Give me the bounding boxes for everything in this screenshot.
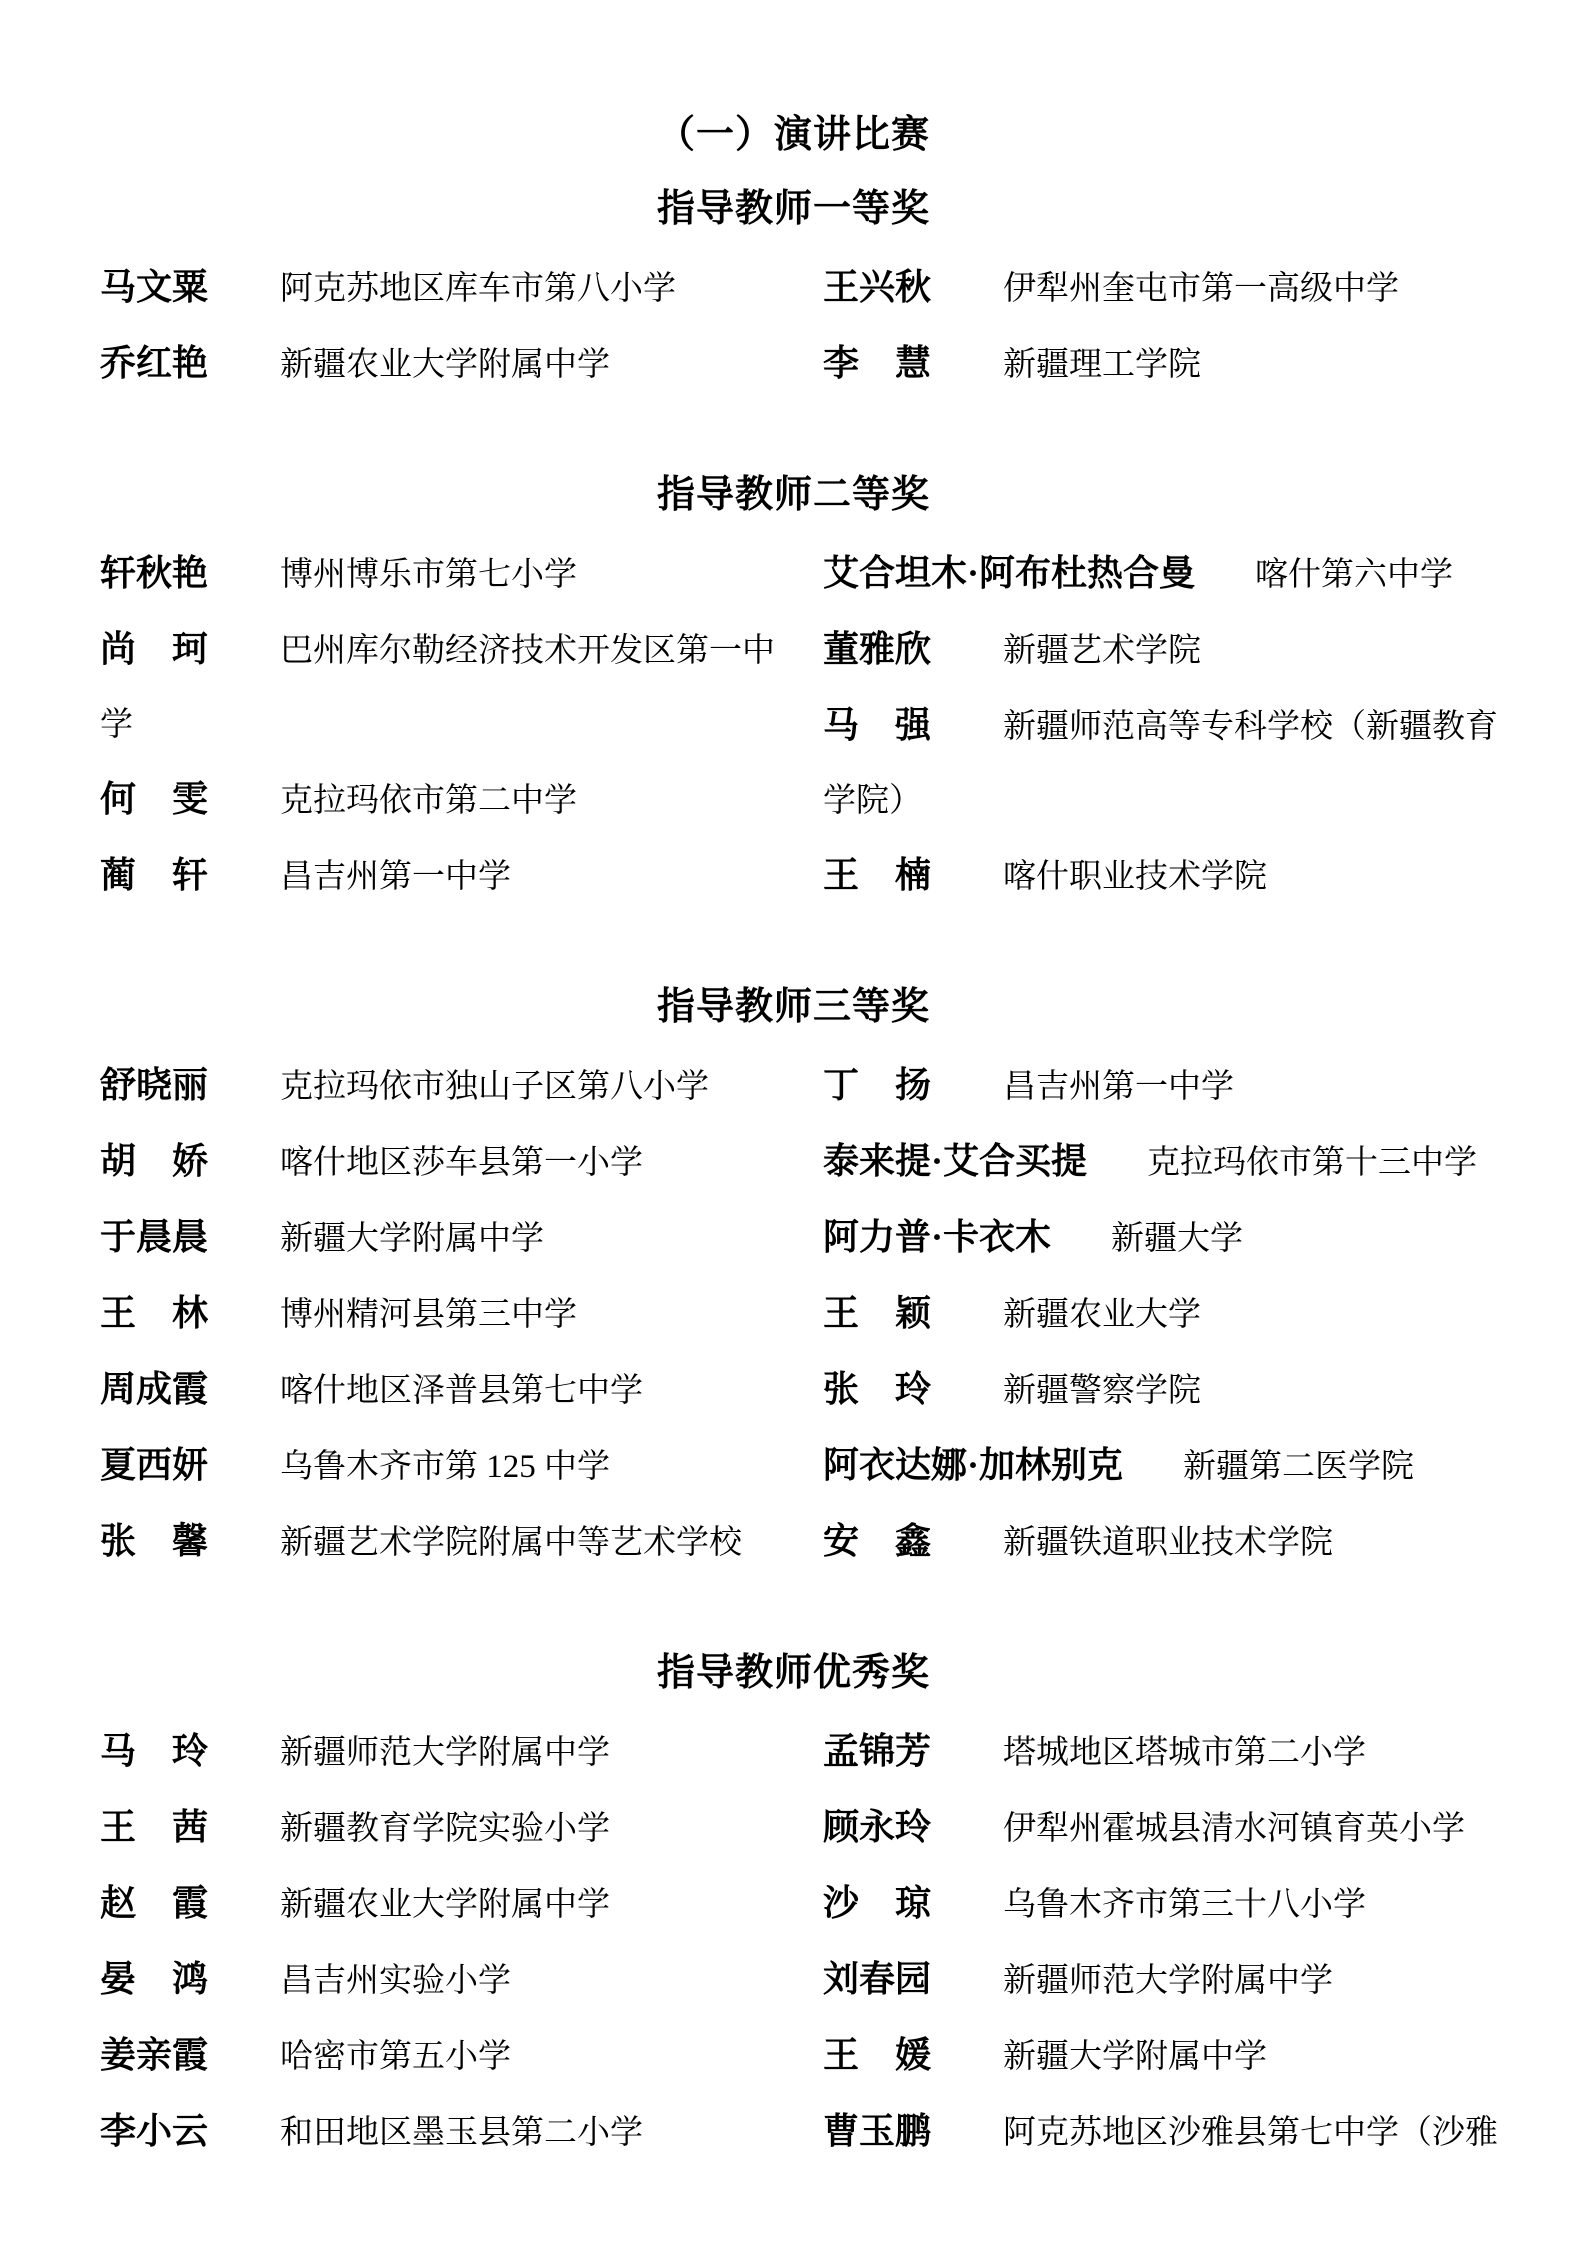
entry-row: 丁 扬昌吉州第一中学 bbox=[823, 1048, 1513, 1124]
entry-row: 舒晓丽克拉玛依市独山子区第八小学 bbox=[100, 1048, 790, 1124]
school-name: 昌吉州实验小学 bbox=[280, 1963, 511, 1999]
recipient-name: 张 馨 bbox=[100, 1504, 280, 1578]
page-title: （一）演讲比赛 bbox=[0, 98, 1587, 172]
recipient-name: 胡 娇 bbox=[100, 1124, 280, 1198]
entry-row: 王兴秋伊犁州奎屯市第一高级中学 bbox=[823, 250, 1513, 326]
school-name: 新疆农业大学附属中学 bbox=[280, 1887, 610, 1923]
entry-row: 艾合坦木·阿布杜热合曼喀什第六中学 bbox=[823, 536, 1513, 612]
recipient-name: 王 林 bbox=[100, 1276, 280, 1350]
recipient-name: 蔺 轩 bbox=[100, 838, 280, 912]
school-name: 阿克苏地区沙雅县第七中学（沙雅 bbox=[1003, 2115, 1498, 2151]
school-name: 喀什第六中学 bbox=[1255, 557, 1453, 593]
entry-row: 泰来提·艾合买提克拉玛依市第十三中学 bbox=[823, 1124, 1513, 1200]
entry-row: 马文粟阿克苏地区库车市第八小学 bbox=[100, 250, 790, 326]
recipient-name: 尚 珂 bbox=[100, 612, 280, 686]
school-name: 喀什地区泽普县第七中学 bbox=[280, 1373, 643, 1409]
school-name: 新疆大学附属中学 bbox=[1003, 2039, 1267, 2075]
recipient-name: 沙 琼 bbox=[823, 1866, 1003, 1940]
section-heading: 指导教师一等奖 bbox=[0, 172, 1587, 246]
recipient-name: 周成霞 bbox=[100, 1352, 280, 1426]
column-right: 孟锦芳塔城地区塔城市第二小学顾永玲伊犁州霍城县清水河镇育英小学沙 琼乌鲁木齐市第… bbox=[823, 1714, 1513, 2170]
entry-row: 阿力普·卡衣木新疆大学 bbox=[823, 1200, 1513, 1276]
entry-row: 胡 娇喀什地区莎车县第一小学 bbox=[100, 1124, 790, 1200]
entry-row: 周成霞喀什地区泽普县第七中学 bbox=[100, 1352, 790, 1428]
section-columns: 轩秋艳博州博乐市第七小学尚 珂巴州库尔勒经济技术开发区第一中学何 雯克拉玛依市第… bbox=[0, 536, 1587, 914]
school-name: 和田地区墨玉县第二小学 bbox=[280, 2115, 643, 2151]
entry-row: 孟锦芳塔城地区塔城市第二小学 bbox=[823, 1714, 1513, 1790]
entry-row: 张 馨新疆艺术学院附属中等艺术学校 bbox=[100, 1504, 790, 1580]
recipient-name: 马文粟 bbox=[100, 250, 280, 324]
recipient-name: 马 玲 bbox=[100, 1714, 280, 1788]
entry-row: 于晨晨新疆大学附属中学 bbox=[100, 1200, 790, 1276]
recipient-name: 夏西妍 bbox=[100, 1428, 280, 1502]
school-name: 昌吉州第一中学 bbox=[1003, 1069, 1234, 1105]
section-heading: 指导教师三等奖 bbox=[0, 970, 1587, 1044]
recipient-name: 董雅欣 bbox=[823, 612, 1003, 686]
entry-row: 蔺 轩昌吉州第一中学 bbox=[100, 838, 790, 914]
column-right: 丁 扬昌吉州第一中学泰来提·艾合买提克拉玛依市第十三中学阿力普·卡衣木新疆大学王… bbox=[823, 1048, 1513, 1580]
entry-row: 王 媛新疆大学附属中学 bbox=[823, 2018, 1513, 2094]
recipient-name: 顾永玲 bbox=[823, 1790, 1003, 1864]
recipient-name: 阿衣达娜·加林别克 bbox=[823, 1428, 1183, 1502]
entry-row: 顾永玲伊犁州霍城县清水河镇育英小学 bbox=[823, 1790, 1513, 1866]
entry-row: 马 强新疆师范高等专科学校（新疆教育学院） bbox=[823, 688, 1513, 838]
school-name: 新疆大学附属中学 bbox=[280, 1221, 544, 1257]
entry-row: 沙 琼乌鲁木齐市第三十八小学 bbox=[823, 1866, 1513, 1942]
entry-row: 乔红艳新疆农业大学附属中学 bbox=[100, 326, 790, 402]
recipient-name: 王 颖 bbox=[823, 1276, 1003, 1350]
recipient-name: 刘春园 bbox=[823, 1942, 1003, 2016]
recipient-name: 舒晓丽 bbox=[100, 1048, 280, 1122]
award-section: 指导教师一等奖马文粟阿克苏地区库车市第八小学乔红艳新疆农业大学附属中学王兴秋伊犁… bbox=[0, 172, 1587, 402]
school-name: 新疆艺术学院 bbox=[1003, 633, 1201, 669]
recipient-name: 轩秋艳 bbox=[100, 536, 280, 610]
entry-row: 王 茜新疆教育学院实验小学 bbox=[100, 1790, 790, 1866]
recipient-name: 王 媛 bbox=[823, 2018, 1003, 2092]
document-page: （一）演讲比赛 指导教师一等奖马文粟阿克苏地区库车市第八小学乔红艳新疆农业大学附… bbox=[0, 0, 1587, 2245]
document-body: （一）演讲比赛 指导教师一等奖马文粟阿克苏地区库车市第八小学乔红艳新疆农业大学附… bbox=[0, 0, 1587, 2170]
section-heading: 指导教师二等奖 bbox=[0, 458, 1587, 532]
entry-row: 轩秋艳博州博乐市第七小学 bbox=[100, 536, 790, 612]
entry-row: 刘春园新疆师范大学附属中学 bbox=[823, 1942, 1513, 2018]
school-name: 伊犁州奎屯市第一高级中学 bbox=[1003, 271, 1399, 307]
recipient-name: 姜亲霞 bbox=[100, 2018, 280, 2092]
school-name: 博州博乐市第七小学 bbox=[280, 557, 577, 593]
school-name: 新疆教育学院实验小学 bbox=[280, 1811, 610, 1847]
entry-row: 李 慧新疆理工学院 bbox=[823, 326, 1513, 402]
school-name: 新疆铁道职业技术学院 bbox=[1003, 1525, 1333, 1561]
recipient-name: 王 茜 bbox=[100, 1790, 280, 1864]
entry-row: 王 颖新疆农业大学 bbox=[823, 1276, 1513, 1352]
section-columns: 马文粟阿克苏地区库车市第八小学乔红艳新疆农业大学附属中学王兴秋伊犁州奎屯市第一高… bbox=[0, 250, 1587, 402]
school-name: 新疆师范大学附属中学 bbox=[1003, 1963, 1333, 1999]
award-section: 指导教师二等奖轩秋艳博州博乐市第七小学尚 珂巴州库尔勒经济技术开发区第一中学何 … bbox=[0, 458, 1587, 914]
school-name: 哈密市第五小学 bbox=[280, 2039, 511, 2075]
column-right: 王兴秋伊犁州奎屯市第一高级中学李 慧新疆理工学院 bbox=[823, 250, 1513, 402]
recipient-name: 于晨晨 bbox=[100, 1200, 280, 1274]
recipient-name: 阿力普·卡衣木 bbox=[823, 1200, 1111, 1274]
entry-row: 张 玲新疆警察学院 bbox=[823, 1352, 1513, 1428]
school-name: 克拉玛依市第十三中学 bbox=[1147, 1145, 1477, 1181]
entry-row: 赵 霞新疆农业大学附属中学 bbox=[100, 1866, 790, 1942]
column-left: 马 玲新疆师范大学附属中学王 茜新疆教育学院实验小学赵 霞新疆农业大学附属中学晏… bbox=[100, 1714, 790, 2170]
school-name: 昌吉州第一中学 bbox=[280, 859, 511, 895]
section-columns: 马 玲新疆师范大学附属中学王 茜新疆教育学院实验小学赵 霞新疆农业大学附属中学晏… bbox=[0, 1714, 1587, 2170]
school-name: 新疆农业大学附属中学 bbox=[280, 347, 610, 383]
entry-row: 董雅欣新疆艺术学院 bbox=[823, 612, 1513, 688]
school-name: 新疆第二医学院 bbox=[1183, 1449, 1414, 1485]
school-name: 博州精河县第三中学 bbox=[280, 1297, 577, 1333]
recipient-name: 艾合坦木·阿布杜热合曼 bbox=[823, 536, 1255, 610]
school-name: 新疆警察学院 bbox=[1003, 1373, 1201, 1409]
entry-row: 马 玲新疆师范大学附属中学 bbox=[100, 1714, 790, 1790]
recipient-name: 何 雯 bbox=[100, 762, 280, 836]
school-name: 乌鲁木齐市第 125 中学 bbox=[280, 1449, 610, 1485]
recipient-name: 晏 鸿 bbox=[100, 1942, 280, 2016]
award-section: 指导教师优秀奖马 玲新疆师范大学附属中学王 茜新疆教育学院实验小学赵 霞新疆农业… bbox=[0, 1636, 1587, 2170]
column-left: 马文粟阿克苏地区库车市第八小学乔红艳新疆农业大学附属中学 bbox=[100, 250, 790, 402]
entry-row: 王 林博州精河县第三中学 bbox=[100, 1276, 790, 1352]
recipient-name: 张 玲 bbox=[823, 1352, 1003, 1426]
school-name: 喀什地区莎车县第一小学 bbox=[280, 1145, 643, 1181]
school-name: 新疆师范大学附属中学 bbox=[280, 1735, 610, 1771]
entry-row: 夏西妍乌鲁木齐市第 125 中学 bbox=[100, 1428, 790, 1504]
entry-row: 李小云和田地区墨玉县第二小学 bbox=[100, 2094, 790, 2170]
school-name: 新疆理工学院 bbox=[1003, 347, 1201, 383]
recipient-name: 马 强 bbox=[823, 688, 1003, 762]
entry-row: 晏 鸿昌吉州实验小学 bbox=[100, 1942, 790, 2018]
school-name: 伊犁州霍城县清水河镇育英小学 bbox=[1003, 1811, 1465, 1847]
entry-row: 何 雯克拉玛依市第二中学 bbox=[100, 762, 790, 838]
column-right: 艾合坦木·阿布杜热合曼喀什第六中学董雅欣新疆艺术学院马 强新疆师范高等专科学校（… bbox=[823, 536, 1513, 914]
award-section: 指导教师三等奖舒晓丽克拉玛依市独山子区第八小学胡 娇喀什地区莎车县第一小学于晨晨… bbox=[0, 970, 1587, 1580]
school-name: 新疆大学 bbox=[1111, 1221, 1243, 1257]
school-name: 塔城地区塔城市第二小学 bbox=[1003, 1735, 1366, 1771]
school-name: 乌鲁木齐市第三十八小学 bbox=[1003, 1887, 1366, 1923]
recipient-name: 李小云 bbox=[100, 2094, 280, 2168]
column-left: 轩秋艳博州博乐市第七小学尚 珂巴州库尔勒经济技术开发区第一中学何 雯克拉玛依市第… bbox=[100, 536, 790, 914]
section-heading: 指导教师优秀奖 bbox=[0, 1636, 1587, 1710]
entry-row: 曹玉鹏阿克苏地区沙雅县第七中学（沙雅 bbox=[823, 2094, 1513, 2168]
recipient-name: 孟锦芳 bbox=[823, 1714, 1003, 1788]
recipient-name: 赵 霞 bbox=[100, 1866, 280, 1940]
school-name: 克拉玛依市独山子区第八小学 bbox=[280, 1069, 709, 1105]
section-columns: 舒晓丽克拉玛依市独山子区第八小学胡 娇喀什地区莎车县第一小学于晨晨新疆大学附属中… bbox=[0, 1048, 1587, 1580]
entry-row: 尚 珂巴州库尔勒经济技术开发区第一中学 bbox=[100, 612, 790, 762]
entry-row: 王 楠喀什职业技术学院 bbox=[823, 838, 1513, 914]
school-name: 新疆艺术学院附属中等艺术学校 bbox=[280, 1525, 742, 1561]
recipient-name: 乔红艳 bbox=[100, 326, 280, 400]
school-name: 阿克苏地区库车市第八小学 bbox=[280, 271, 676, 307]
recipient-name: 安 鑫 bbox=[823, 1504, 1003, 1578]
recipient-name: 曹玉鹏 bbox=[823, 2094, 1003, 2168]
recipient-name: 王 楠 bbox=[823, 838, 1003, 912]
entry-row: 姜亲霞哈密市第五小学 bbox=[100, 2018, 790, 2094]
entry-row: 安 鑫新疆铁道职业技术学院 bbox=[823, 1504, 1513, 1580]
recipient-name: 泰来提·艾合买提 bbox=[823, 1124, 1147, 1198]
column-left: 舒晓丽克拉玛依市独山子区第八小学胡 娇喀什地区莎车县第一小学于晨晨新疆大学附属中… bbox=[100, 1048, 790, 1580]
school-name: 喀什职业技术学院 bbox=[1003, 859, 1267, 895]
recipient-name: 李 慧 bbox=[823, 326, 1003, 400]
recipient-name: 丁 扬 bbox=[823, 1048, 1003, 1122]
sections-container: 指导教师一等奖马文粟阿克苏地区库车市第八小学乔红艳新疆农业大学附属中学王兴秋伊犁… bbox=[0, 172, 1587, 2170]
school-name: 克拉玛依市第二中学 bbox=[280, 783, 577, 819]
recipient-name: 王兴秋 bbox=[823, 250, 1003, 324]
entry-row: 阿衣达娜·加林别克新疆第二医学院 bbox=[823, 1428, 1513, 1504]
school-name: 新疆农业大学 bbox=[1003, 1297, 1201, 1333]
